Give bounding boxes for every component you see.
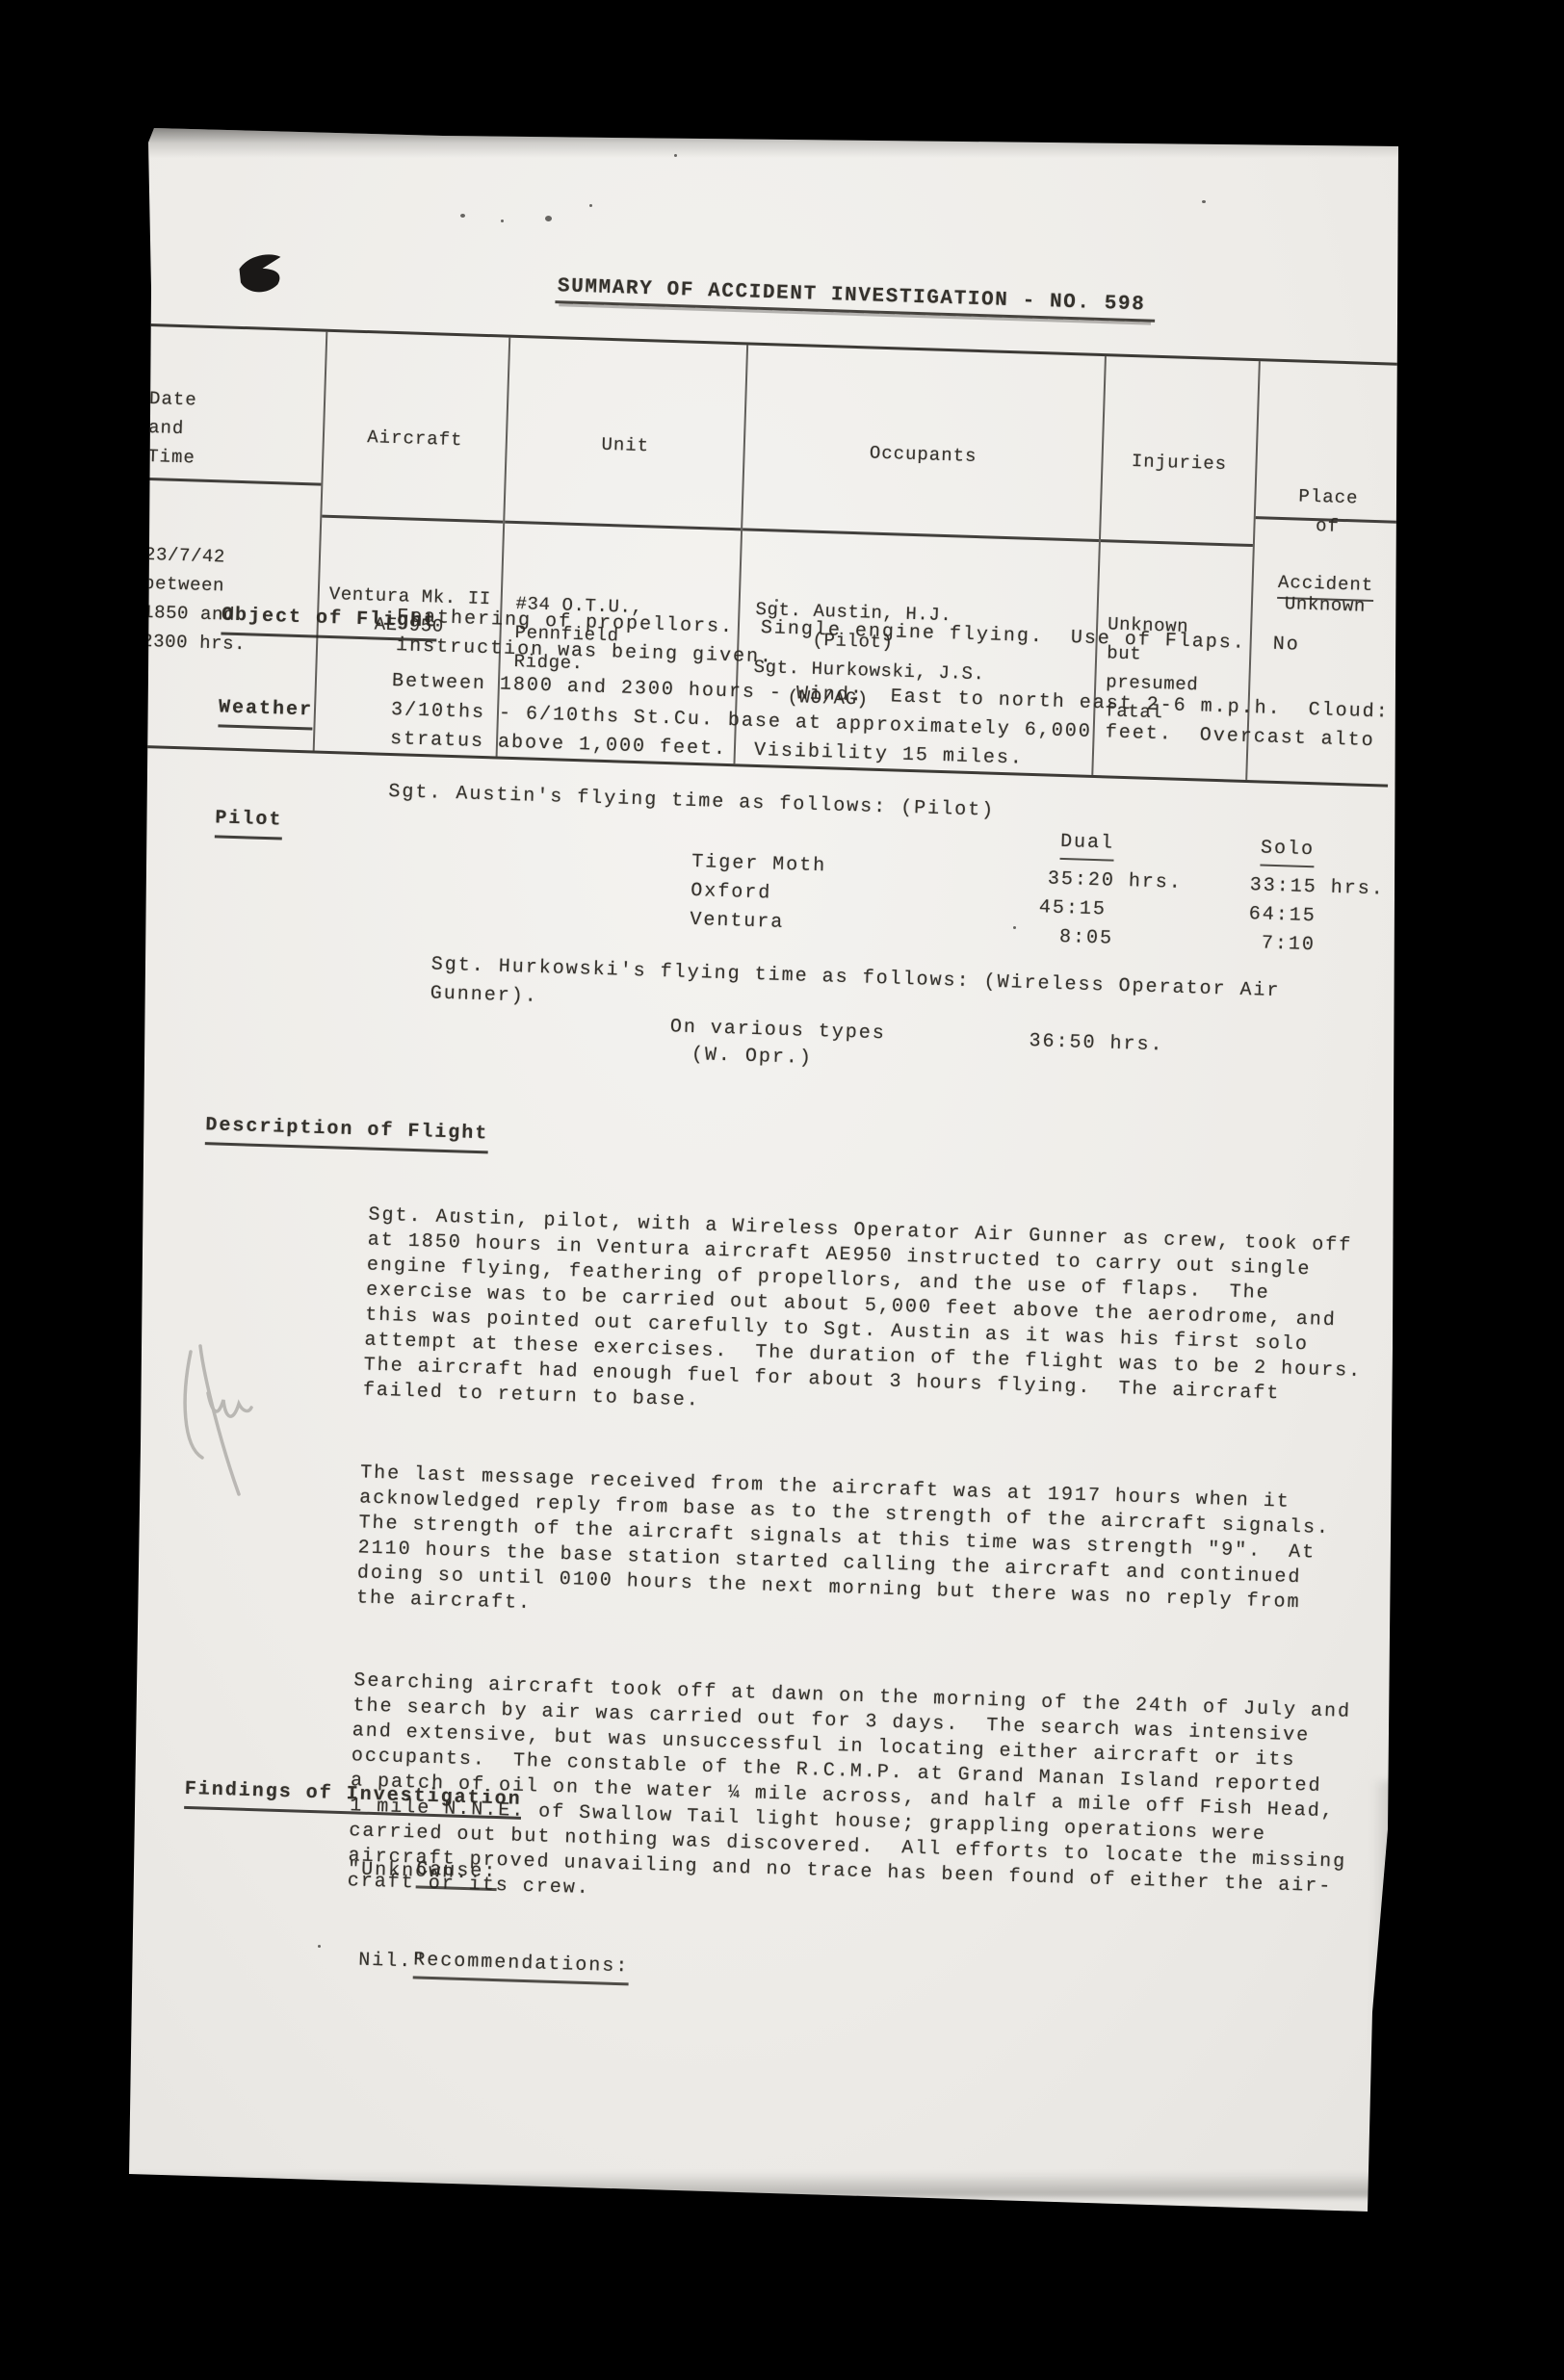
scanned-page: SUMMARY OF ACCIDENT INVESTIGATION - NO. … <box>0 0 1564 2380</box>
header-place-top: Place of <box>1298 486 1359 537</box>
section-heading-weather: Weather <box>218 693 313 730</box>
header-place: Place of Accident <box>1256 419 1403 524</box>
header-occupants: Occupants <box>743 402 1103 542</box>
scan-background: { "colors": { "background": "#000000", "… <box>0 0 1564 2380</box>
woag-type2-text: (W. Opr.) <box>691 1041 813 1074</box>
solo-hours: 7:10 <box>1261 930 1441 965</box>
header-date-time: Date and Time <box>143 384 324 486</box>
woag-intro-text: Sgt. Hurkowski's flying time as follows:… <box>430 950 1394 1038</box>
woag-hours-text: 36:50 hrs. <box>1029 1027 1164 1060</box>
paper-edge-crease <box>1371 1781 1410 2224</box>
description-paragraph-1: Sgt. Austin, pilot, with a Wireless Oper… <box>362 1203 1379 1436</box>
description-of-flight-text: Sgt. Austin, pilot, with a Wireless Oper… <box>346 1146 1382 1984</box>
header-unit: Unit <box>505 396 744 531</box>
flying-time-table: Dual Solo Tiger Moth 35:20 hrs. 33:15 hr… <box>690 816 1444 958</box>
header-injuries: Injuries <box>1101 414 1257 547</box>
section-heading-findings: Findings of Investigation <box>184 1775 522 1820</box>
dual-column-header: Dual <box>1060 828 1115 862</box>
document-title: SUMMARY OF ACCIDENT INVESTIGATION - NO. … <box>555 275 1155 323</box>
solo-column-header: Solo <box>1260 834 1315 867</box>
description-paragraph-2: The last message received from the aircr… <box>356 1461 1371 1643</box>
recommendations-label: Recommendations: <box>413 1946 630 1985</box>
recommendations-value: Nil." <box>358 1947 427 1978</box>
cause-value: "Unknown. <box>348 1855 470 1888</box>
section-heading-pilot: Pilot <box>215 804 283 840</box>
dual-hours: 8:05 <box>1058 923 1248 958</box>
document-content: SUMMARY OF ACCIDENT INVESTIGATION - NO. … <box>88 125 1415 2282</box>
header-aircraft: Aircraft <box>322 390 507 524</box>
